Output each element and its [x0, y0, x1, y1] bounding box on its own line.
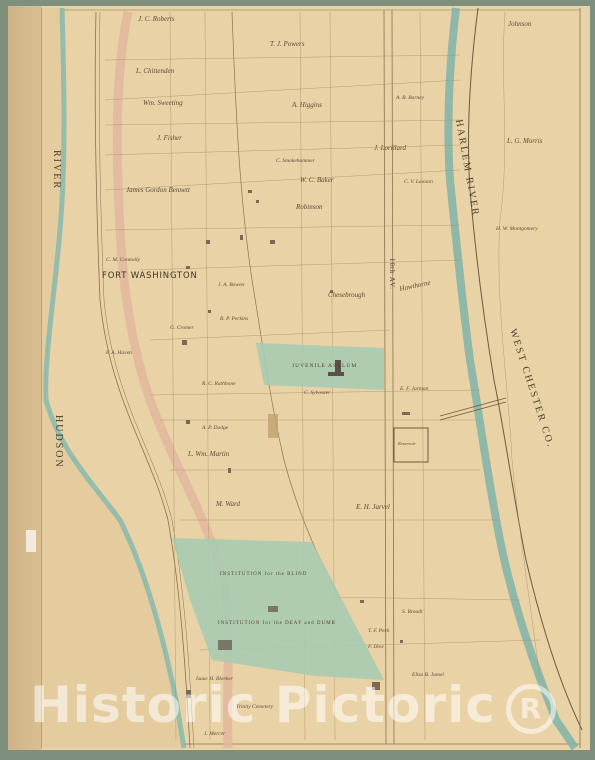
label-river-left: RIVER	[51, 150, 62, 190]
label-smokehammer: C. Smokehammer	[276, 158, 316, 164]
label-juvenile-asylum: JUVENILE ASYLUM	[292, 363, 357, 369]
label-sylvester: C. Sylvester	[304, 390, 331, 396]
registered-icon: R	[506, 684, 556, 734]
label-haven: F. A. Haven	[105, 350, 132, 356]
label-dodge: A. P. Dodge	[201, 425, 229, 431]
label-lawson: C. V. Lawson	[404, 179, 433, 185]
label-bowen: J. A. Bowen	[218, 282, 244, 288]
label-jarman: E. F. Jarman	[399, 386, 429, 392]
harlem-river	[448, 8, 575, 748]
label-baker: W. C. Baker	[300, 176, 334, 184]
label-peck: T. F. Peck	[368, 628, 390, 634]
label-powers: T. J. Powers	[270, 40, 305, 48]
label-institution-blind: INSTITUTION for the BLIND	[220, 572, 307, 577]
label-dow: F. Dow	[367, 644, 384, 650]
label-montgomery: H. W. Montgomery	[495, 226, 538, 232]
label-cromer: G. Cromer	[170, 325, 194, 331]
label-broadt: S. Broadt	[402, 609, 423, 615]
label-tenth-avenue: 10th AV.	[388, 258, 396, 290]
label-chittenden: L. Chittenden	[135, 67, 175, 75]
label-lorillard: J. Lorillard	[374, 144, 407, 152]
watermark-text: Historic Pictoric	[30, 676, 496, 734]
label-west-chester: WEST CHESTER CO.	[507, 328, 556, 450]
label-hawthorne: Hawthorne	[398, 279, 431, 294]
label-higgins: A. Higgins	[291, 101, 322, 109]
watermark: Historic PictoricR	[30, 676, 556, 734]
label-bennett: James Gordon Bennett	[126, 186, 191, 194]
map-canvas: J. C. Roberts T. J. Powers L. Chittenden…	[0, 0, 595, 760]
label-hudson: HUDSON	[53, 415, 64, 469]
label-perkins: R. P. Perkins	[219, 316, 248, 322]
label-harlem-river: HARLEM RIVER	[453, 119, 481, 218]
label-morris: L. G. Morris	[506, 137, 543, 145]
label-fisher: J. Fisher	[157, 134, 182, 142]
label-fort-washington: FORT WASHINGTON	[102, 271, 198, 281]
label-connolly: C. M. Connolly	[106, 257, 140, 263]
label-jarvel: E. H. Jarvel	[355, 503, 390, 511]
label-johnson: Johnson	[508, 20, 532, 28]
label-rathbone: R. C. Rathbone	[201, 381, 236, 387]
label-institution-deaf-dumb: INSTITUTION for the DEAF and DUMB	[218, 621, 336, 626]
label-reservoir: Reservoir	[397, 441, 416, 446]
label-robinson: Robinson	[295, 203, 323, 211]
label-sweeting: Wm. Sweeting	[143, 99, 183, 107]
left-margin-strip	[8, 6, 42, 750]
label-roberts: J. C. Roberts	[138, 15, 175, 23]
label-chesebrough: Chesebrough	[328, 291, 366, 299]
label-barney: A. B. Barney	[395, 95, 425, 101]
label-ward: M. Ward	[215, 500, 240, 508]
label-martin: L. Wm. Martin	[187, 450, 230, 458]
